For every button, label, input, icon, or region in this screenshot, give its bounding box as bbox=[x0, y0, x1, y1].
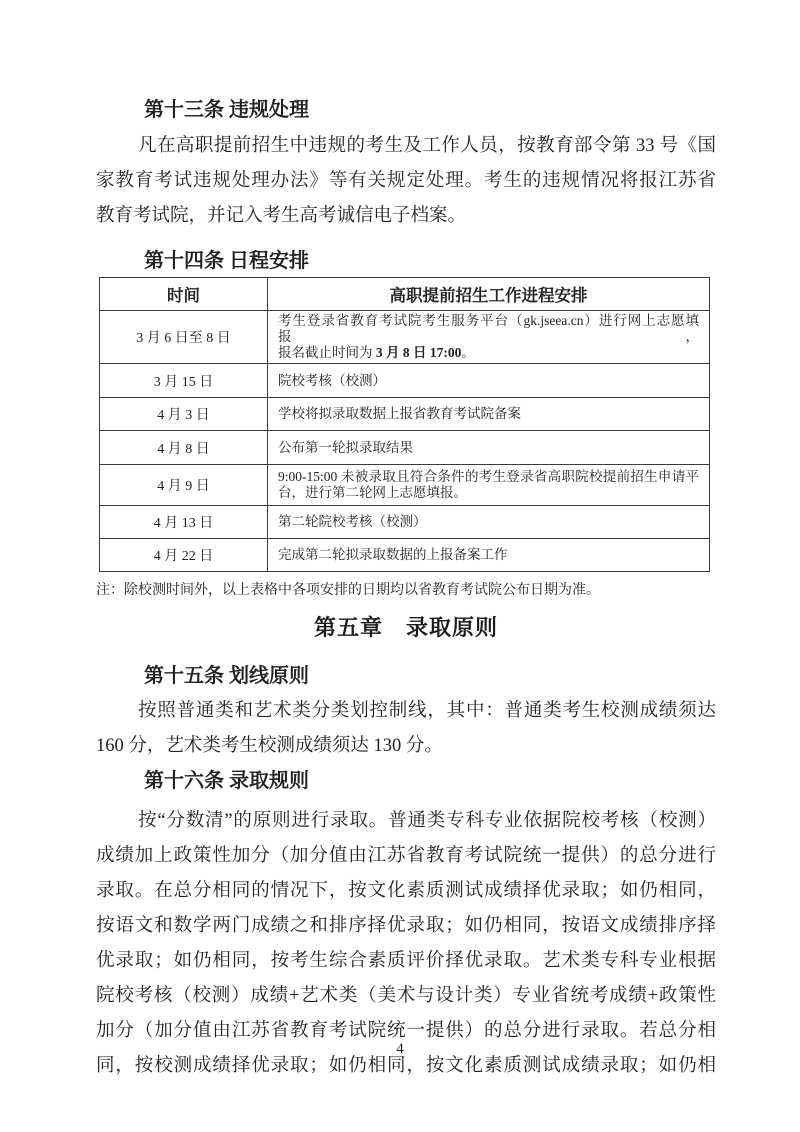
plan-text: 报名截止时间为 bbox=[278, 345, 376, 360]
plan-cell: 9:00-15:00 未被录取且符合条件的考生登录省高职院校提前招生申请平 台，… bbox=[268, 465, 710, 506]
plan-cell-line: 9:00-15:00 未被录取且符合条件的考生登录省高职院校提前招生申请平 bbox=[278, 469, 699, 485]
paragraph-line: 按照普通类和艺术类分类划控制线，其中：普通类考生校测成绩须达 bbox=[96, 694, 716, 729]
date-cell: 4 月 22 日 bbox=[100, 539, 268, 572]
chapter-5-title: 第五章 录取原则 bbox=[96, 613, 716, 643]
paragraph-line: 优录取；如仍相同，按考生综合素质评价择优录取。艺术类专科专业根据 bbox=[96, 944, 716, 979]
plan-cell-line: 考生登录省教育考试院考生服务平台（gk.jseea.cn）进行网上志愿填报， bbox=[278, 313, 699, 345]
table-row: 4 月 3 日 学校将拟录取数据上报省教育考试院备案 bbox=[100, 398, 710, 431]
article-14-heading: 第十四条 日程安排 bbox=[144, 248, 716, 274]
date-cell: 4 月 9 日 bbox=[100, 465, 268, 506]
table-row: 3 月 15 日 院校考核（校测） bbox=[100, 364, 710, 398]
plan-cell: 院校考核（校测） bbox=[268, 364, 710, 398]
article-13-paragraph: 凡在高职提前招生中违规的考生及工作人员，按教育部令第 33 号《国 家教育考试违… bbox=[96, 129, 716, 234]
page-number: 4 bbox=[0, 1041, 800, 1058]
date-cell: 3 月 15 日 bbox=[100, 364, 268, 398]
plan-cell: 第二轮院校考核（校测） bbox=[268, 506, 710, 539]
date-cell: 3 月 6 日至 8 日 bbox=[100, 311, 268, 364]
table-row: 4 月 13 日 第二轮院校考核（校测） bbox=[100, 506, 710, 539]
article-15-heading: 第十五条 划线原则 bbox=[144, 663, 716, 689]
plan-cell: 考生登录省教育考试院考生服务平台（gk.jseea.cn）进行网上志愿填报， 报… bbox=[268, 311, 710, 364]
plan-text: 。 bbox=[461, 345, 475, 360]
paragraph-line: 院校考核（校测）成绩+艺术类（美术与设计类）专业省统考成绩+政策性 bbox=[96, 979, 716, 1014]
document-page: 第十三条 违规处理 凡在高职提前招生中违规的考生及工作人员，按教育部令第 33 … bbox=[0, 0, 800, 1132]
date-cell: 4 月 8 日 bbox=[100, 431, 268, 465]
plan-cell-line: 报名截止时间为 3 月 8 日 17:00。 bbox=[278, 345, 699, 361]
table-header-row: 时间 高职提前招生工作进程安排 bbox=[100, 278, 710, 311]
plan-cell: 完成第二轮拟录取数据的上报备案工作 bbox=[268, 539, 710, 572]
table-row: 3 月 6 日至 8 日 考生登录省教育考试院考生服务平台（gk.jseea.c… bbox=[100, 311, 710, 364]
paragraph-line: 按语文和数学两门成绩之和排序择优录取；如仍相同，按语文成绩排序择 bbox=[96, 909, 716, 944]
time-column-header: 时间 bbox=[100, 278, 268, 311]
table-row: 4 月 8 日 公布第一轮拟录取结果 bbox=[100, 431, 710, 465]
article-15-paragraph: 按照普通类和艺术类分类划控制线，其中：普通类考生校测成绩须达 160 分，艺术类… bbox=[96, 694, 716, 764]
paragraph-line: 160 分，艺术类考生校测成绩须达 130 分。 bbox=[96, 729, 716, 764]
paragraph-line: 凡在高职提前招生中违规的考生及工作人员，按教育部令第 33 号《国 bbox=[96, 129, 716, 164]
deadline-bold-text: 3 月 8 日 17:00 bbox=[376, 345, 462, 360]
table-row: 4 月 9 日 9:00-15:00 未被录取且符合条件的考生登录省高职院校提前… bbox=[100, 465, 710, 506]
table-row: 4 月 22 日 完成第二轮拟录取数据的上报备案工作 bbox=[100, 539, 710, 572]
paragraph-line: 按“分数清”的原则进行录取。普通类专科专业依据院校考核（校测） bbox=[96, 804, 716, 839]
plan-cell-line: 台，进行第二轮网上志愿填报。 bbox=[278, 485, 699, 501]
paragraph-line: 成绩加上政策性加分（加分值由江苏省教育考试院统一提供）的总分进行 bbox=[96, 839, 716, 874]
date-cell: 4 月 13 日 bbox=[100, 506, 268, 539]
article-16-heading: 第十六条 录取规则 bbox=[144, 768, 716, 794]
paragraph-line: 家教育考试违规处理办法》等有关规定处理。考生的违规情况将报江苏省 bbox=[96, 164, 716, 199]
plan-column-header: 高职提前招生工作进程安排 bbox=[268, 278, 710, 311]
schedule-table: 时间 高职提前招生工作进程安排 3 月 6 日至 8 日 考生登录省教育考试院考… bbox=[99, 277, 710, 572]
document-content: 第十三条 违规处理 凡在高职提前招生中违规的考生及工作人员，按教育部令第 33 … bbox=[96, 0, 716, 1084]
table-note: 注：除校测时间外，以上表格中各项安排的日期均以省教育考试院公布日期为准。 bbox=[96, 582, 716, 600]
plan-cell: 学校将拟录取数据上报省教育考试院备案 bbox=[268, 398, 710, 431]
paragraph-line: 教育考试院，并记入考生高考诚信电子档案。 bbox=[96, 199, 716, 234]
plan-cell: 公布第一轮拟录取结果 bbox=[268, 431, 710, 465]
article-13-heading: 第十三条 违规处理 bbox=[144, 97, 716, 123]
date-cell: 4 月 3 日 bbox=[100, 398, 268, 431]
paragraph-line: 录取。在总分相同的情况下，按文化素质测试成绩择优录取；如仍相同， bbox=[96, 874, 716, 909]
